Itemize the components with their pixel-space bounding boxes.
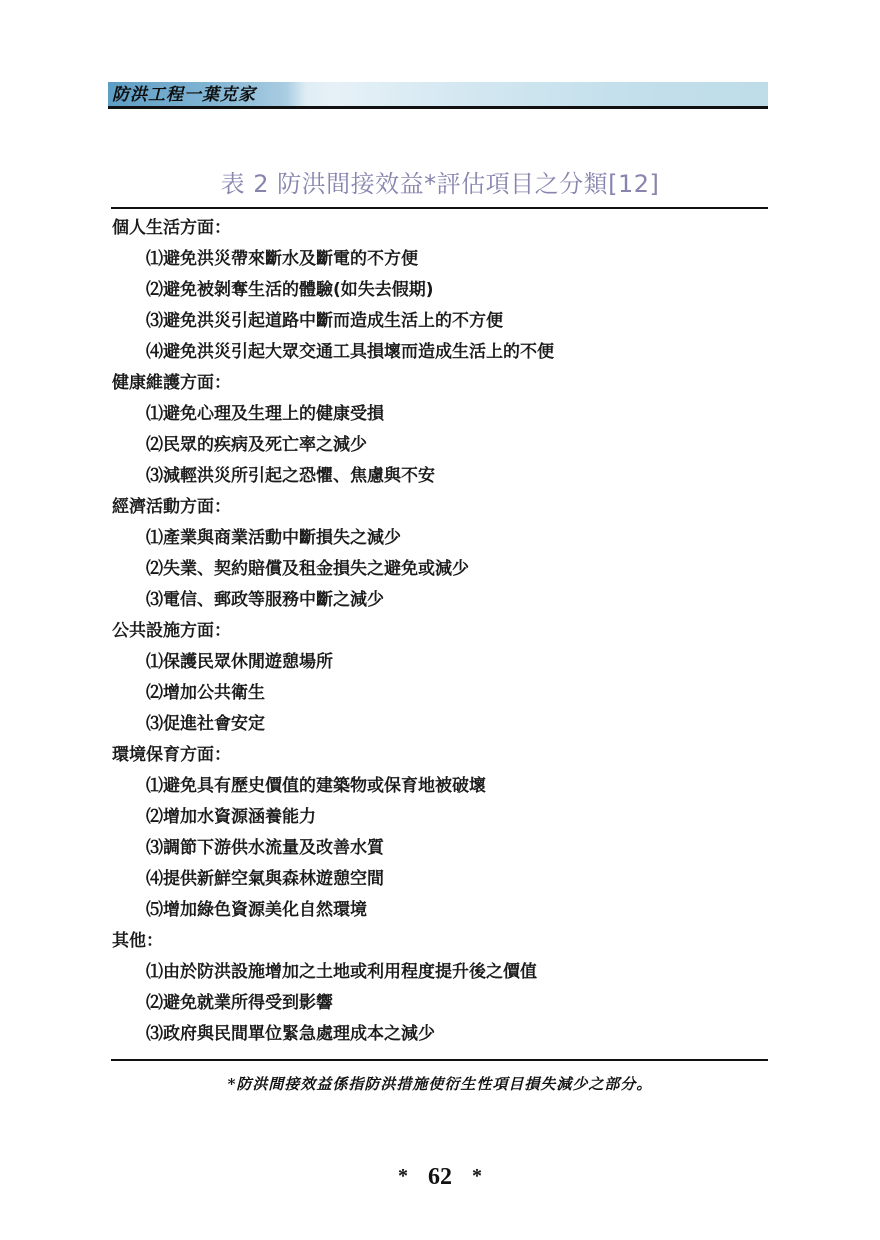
list-item: ⑷提供新鮮空氣與森林遊憩空間: [146, 864, 768, 895]
table-top-rule: [111, 207, 768, 209]
category-heading: 健康維護方面：: [112, 368, 768, 399]
table-footnote: *防洪間接效益係指防洪措施使衍生性項目損失減少之部分。: [0, 1072, 880, 1096]
category-item-list: ⑴避免洪災帶來斷水及斷電的不方便 ⑵避免被剝奪生活的體驗(如失去假期) ⑶避免洪…: [112, 244, 768, 368]
asterisk-ornament-icon: *: [472, 1160, 482, 1192]
page-number: 62: [428, 1164, 452, 1190]
list-item: ⑸增加綠色資源美化自然環境: [146, 895, 768, 926]
list-item: ⑵失業、契約賠償及租金損失之避免或減少: [146, 554, 768, 585]
list-item: ⑵增加水資源涵養能力: [146, 802, 768, 833]
list-item: ⑵民眾的疾病及死亡率之減少: [146, 430, 768, 461]
list-item: ⑵避免被剝奪生活的體驗(如失去假期): [146, 275, 768, 306]
category-item-list: ⑴保護民眾休閒遊憩場所 ⑵增加公共衛生 ⑶促進社會安定: [112, 647, 768, 740]
category-item-list: ⑴避免具有歷史價值的建築物或保育地被破壞 ⑵增加水資源涵養能力 ⑶調節下游供水流…: [112, 771, 768, 926]
category-heading: 經濟活動方面：: [112, 492, 768, 523]
category-economic: 經濟活動方面： ⑴產業與商業活動中斷損失之減少 ⑵失業、契約賠償及租金損失之避免…: [112, 492, 768, 616]
list-item: ⑴產業與商業活動中斷損失之減少: [146, 523, 768, 554]
category-heading: 其他：: [112, 926, 768, 957]
asterisk-ornament-icon: *: [398, 1160, 408, 1192]
list-item: ⑶電信、郵政等服務中斷之減少: [146, 585, 768, 616]
table-body: 個人生活方面： ⑴避免洪災帶來斷水及斷電的不方便 ⑵避免被剝奪生活的體驗(如失去…: [112, 213, 768, 1050]
list-item: ⑶政府與民間單位緊急處理成本之減少: [146, 1019, 768, 1050]
list-item: ⑴避免心理及生理上的健康受損: [146, 399, 768, 430]
category-other: 其他： ⑴由於防洪設施增加之土地或利用程度提升後之價值 ⑵避免就業所得受到影響 …: [112, 926, 768, 1050]
running-header-band: 防洪工程一葉克家: [108, 82, 768, 109]
list-item: ⑶減輕洪災所引起之恐懼、焦慮與不安: [146, 461, 768, 492]
category-environment: 環境保育方面： ⑴避免具有歷史價值的建築物或保育地被破壞 ⑵增加水資源涵養能力 …: [112, 740, 768, 926]
list-item: ⑴保護民眾休閒遊憩場所: [146, 647, 768, 678]
list-item: ⑴由於防洪設施增加之土地或利用程度提升後之價值: [146, 957, 768, 988]
list-item: ⑷避免洪災引起大眾交通工具損壞而造成生活上的不便: [146, 337, 768, 368]
running-header-title: 防洪工程一葉克家: [112, 84, 256, 106]
list-item: ⑶調節下游供水流量及改善水質: [146, 833, 768, 864]
list-item: ⑴避免具有歷史價值的建築物或保育地被破壞: [146, 771, 768, 802]
category-health: 健康維護方面： ⑴避免心理及生理上的健康受損 ⑵民眾的疾病及死亡率之減少 ⑶減輕…: [112, 368, 768, 492]
category-heading: 個人生活方面：: [112, 213, 768, 244]
category-item-list: ⑴產業與商業活動中斷損失之減少 ⑵失業、契約賠償及租金損失之避免或減少 ⑶電信、…: [112, 523, 768, 616]
category-personal-life: 個人生活方面： ⑴避免洪災帶來斷水及斷電的不方便 ⑵避免被剝奪生活的體驗(如失去…: [112, 213, 768, 368]
list-item: ⑵增加公共衛生: [146, 678, 768, 709]
list-item: ⑶促進社會安定: [146, 709, 768, 740]
list-item: ⑵避免就業所得受到影響: [146, 988, 768, 1019]
category-item-list: ⑴由於防洪設施增加之土地或利用程度提升後之價值 ⑵避免就業所得受到影響 ⑶政府與…: [112, 957, 768, 1050]
list-item: ⑴避免洪災帶來斷水及斷電的不方便: [146, 244, 768, 275]
table-bottom-rule: [111, 1059, 768, 1061]
category-public-facilities: 公共設施方面： ⑴保護民眾休閒遊憩場所 ⑵增加公共衛生 ⑶促進社會安定: [112, 616, 768, 740]
page-footer: *62*: [0, 1160, 880, 1193]
category-heading: 公共設施方面：: [112, 616, 768, 647]
category-heading: 環境保育方面：: [112, 740, 768, 771]
table-title: 表 2 防洪間接效益*評估項目之分類[12]: [0, 166, 880, 202]
category-item-list: ⑴避免心理及生理上的健康受損 ⑵民眾的疾病及死亡率之減少 ⑶減輕洪災所引起之恐懼…: [112, 399, 768, 492]
list-item: ⑶避免洪災引起道路中斷而造成生活上的不方便: [146, 306, 768, 337]
